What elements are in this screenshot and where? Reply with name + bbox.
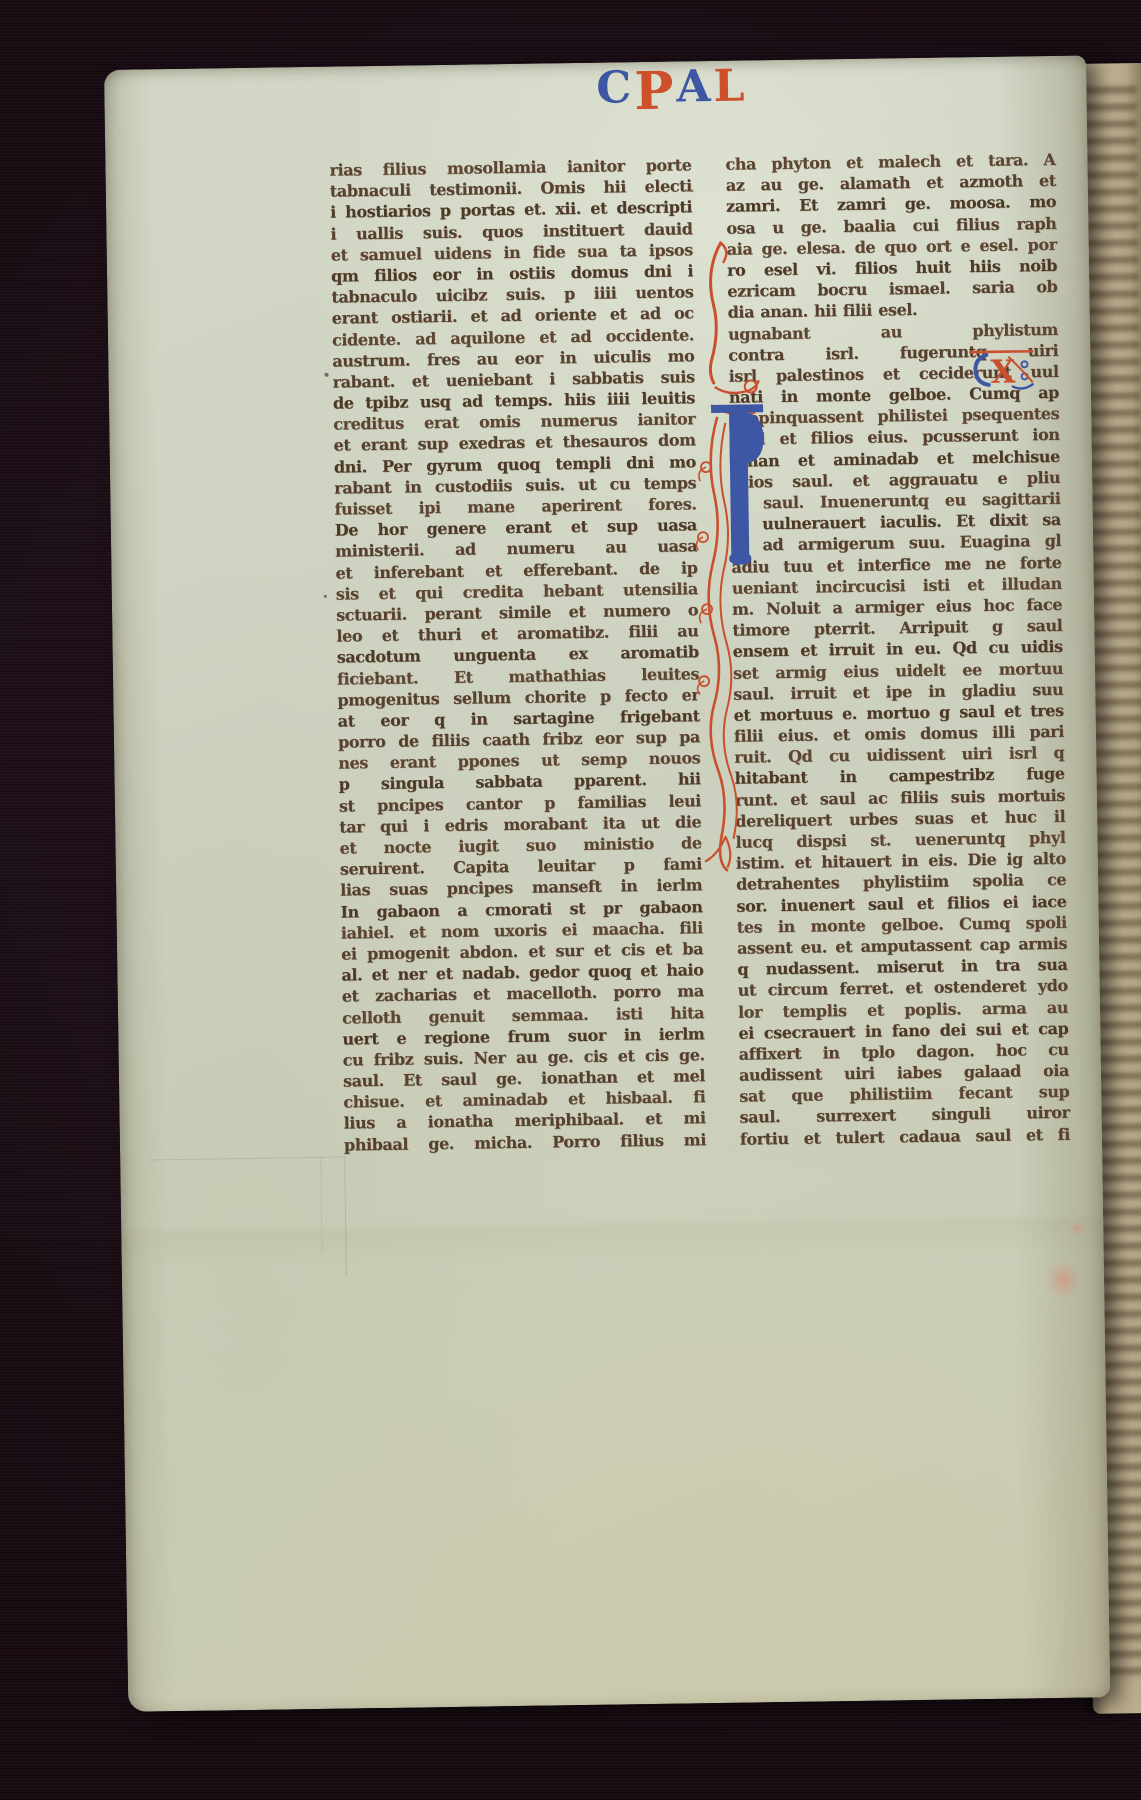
running-title-letter: L (713, 60, 746, 112)
decorated-initial-P: P (669, 236, 770, 877)
text-column-left: rias filius mosollamia ianitor portetabn… (329, 155, 706, 1156)
chapter-marker: X (968, 342, 1047, 391)
ink-speck (325, 373, 329, 377)
svg-text:X: X (990, 353, 1016, 391)
text-line: phibaal ge. micha. Porro filius mi (344, 1130, 706, 1157)
running-title-letter: A (676, 61, 712, 114)
text-line: fortiu et tulert cadaua saul et fi (740, 1124, 1070, 1150)
initial-letter-glyph (711, 404, 770, 565)
ruling-line-horizontal (148, 1157, 344, 1161)
ruling-line-vertical (344, 1157, 347, 1277)
initial-penwork-icon: P (669, 236, 770, 877)
chapter-marker-icon: X (968, 342, 1047, 391)
svg-text:P: P (677, 559, 684, 570)
ink-speck (691, 189, 694, 192)
running-title: CPAL (596, 60, 746, 120)
parchment-page: CPAL rias filius mosollamia ianitor port… (104, 55, 1110, 1711)
ink-speck (324, 595, 327, 598)
red-pigment-smudge-small (1069, 1222, 1085, 1236)
manuscript-photo: CPAL rias filius mosollamia ianitor port… (0, 0, 1141, 1800)
running-title-letter: C (596, 62, 633, 115)
red-pigment-smudge (1046, 1260, 1081, 1301)
running-title-letter: P (634, 66, 675, 119)
text-column-right: cha phyton et malech et tara. Aaz au ge.… (725, 150, 1070, 1151)
ruling-line-vertical (320, 1157, 322, 1252)
